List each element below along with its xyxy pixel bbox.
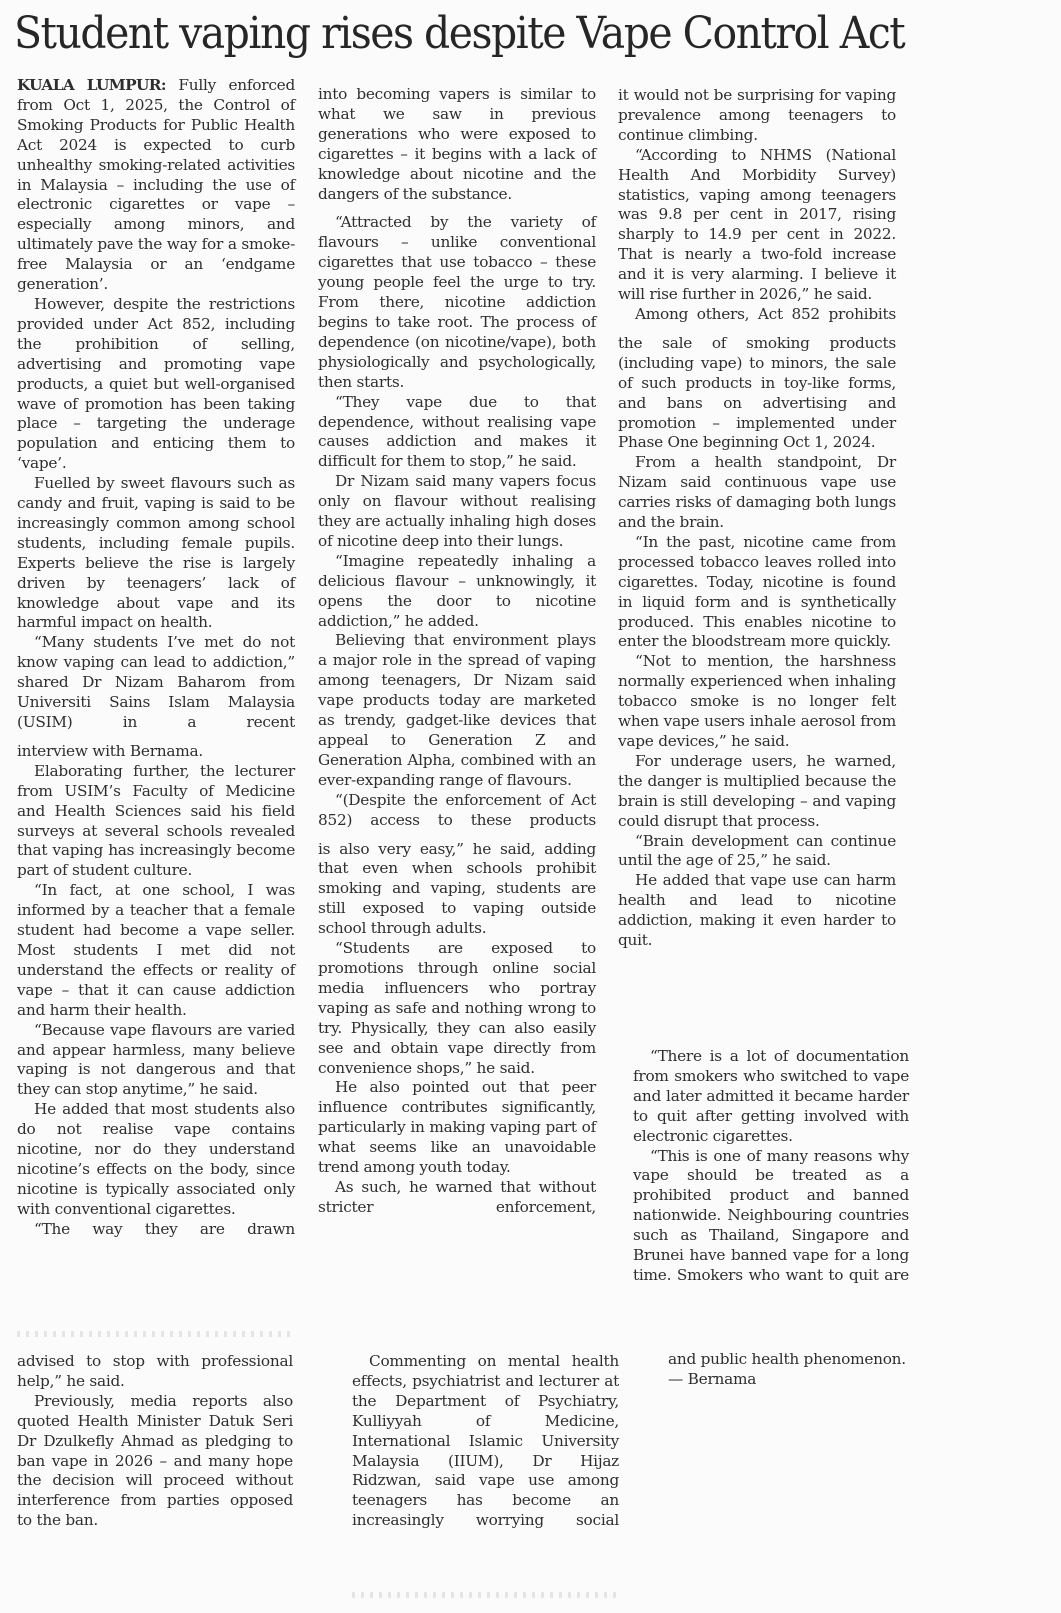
article-column-3: it would not be surprising for vaping pr… xyxy=(618,86,896,951)
article-column-6: and public health phenomenon. — Bernama xyxy=(668,1350,958,1390)
paragraph: “The way they are drawn xyxy=(17,1220,295,1240)
paragraph: Fuelled by sweet flavours such as candy … xyxy=(17,474,295,633)
paragraph-text: Fully enforced from Oct 1, 2025, the Con… xyxy=(17,76,295,293)
paragraph: “They vape due to that dependence, witho… xyxy=(318,393,596,473)
paragraph: Believing that environment plays a major… xyxy=(318,631,596,790)
paragraph: “This is one of many reasons why vape sh… xyxy=(633,1147,909,1286)
paragraph: is also very easy,” he said, adding that… xyxy=(318,840,596,940)
paragraph: He also pointed out that peer influence … xyxy=(318,1078,596,1178)
paragraph: interview with Bernama. xyxy=(17,742,295,762)
paragraph: “(Despite the enforcement of Act 852) ac… xyxy=(318,791,596,831)
paragraph: “Students are exposed to promotions thro… xyxy=(318,939,596,1078)
paragraph: and public health phenomenon. xyxy=(668,1350,958,1370)
paragraph: Elaborating further, the lecturer from U… xyxy=(17,762,295,881)
paragraph: “Attracted by the variety of flavours – … xyxy=(318,213,596,392)
paragraph: He added that vape use can harm health a… xyxy=(618,871,896,951)
article-column-4: advised to stop with professional help,”… xyxy=(17,1352,293,1531)
paragraph: For underage users, he warned, the dange… xyxy=(618,752,896,832)
paragraph: “Brain development can continue until th… xyxy=(618,832,896,872)
paragraph: “Imagine repeatedly inhaling a delicious… xyxy=(318,552,596,632)
paragraph: Commenting on mental health effects, psy… xyxy=(352,1352,619,1531)
paragraph: “According to NHMS (National Health And … xyxy=(618,146,896,305)
paragraph: “Many students I’ve met do not know vapi… xyxy=(17,633,295,733)
paragraph: Previously, media reports also quoted He… xyxy=(17,1392,293,1531)
paragraph: it would not be surprising for vaping pr… xyxy=(618,86,896,146)
paragraph: into becoming vapers is similar to what … xyxy=(318,85,596,204)
byline: — Bernama xyxy=(668,1370,958,1390)
paragraph: From a health standpoint, Dr Nizam said … xyxy=(618,453,896,533)
paragraph: Dr Nizam said many vapers focus only on … xyxy=(318,472,596,552)
article-column-3-continued: “There is a lot of documentation from sm… xyxy=(633,1047,909,1286)
paragraph: He added that most students also do not … xyxy=(17,1100,295,1219)
paragraph: “Not to mention, the harshness normally … xyxy=(618,652,896,752)
paragraph: KUALA LUMPUR: Fully enforced from Oct 1,… xyxy=(17,76,295,295)
paragraph: “There is a lot of documentation from sm… xyxy=(633,1047,909,1147)
cut-line xyxy=(352,1592,619,1598)
cut-line xyxy=(17,1331,295,1337)
article-column-5: Commenting on mental health effects, psy… xyxy=(352,1352,619,1531)
paragraph: Among others, Act 852 prohibits xyxy=(618,305,896,325)
paragraph: “In fact, at one school, I was informed … xyxy=(17,881,295,1020)
paragraph: As such, he warned that without stricter… xyxy=(318,1178,596,1218)
paragraph: the sale of smoking products (including … xyxy=(618,334,896,453)
paragraph: “In the past, nicotine came from process… xyxy=(618,533,896,652)
paragraph: advised to stop with professional help,”… xyxy=(17,1352,293,1392)
article-column-1: KUALA LUMPUR: Fully enforced from Oct 1,… xyxy=(17,76,295,1240)
paragraph: “Because vape flavours are varied and ap… xyxy=(17,1021,295,1101)
headline: Student vaping rises despite Vape Contro… xyxy=(14,2,981,66)
article-column-2: into becoming vapers is similar to what … xyxy=(318,85,596,1218)
paragraph: However, despite the restrictions provid… xyxy=(17,295,295,474)
dateline: KUALA LUMPUR: xyxy=(17,76,166,94)
